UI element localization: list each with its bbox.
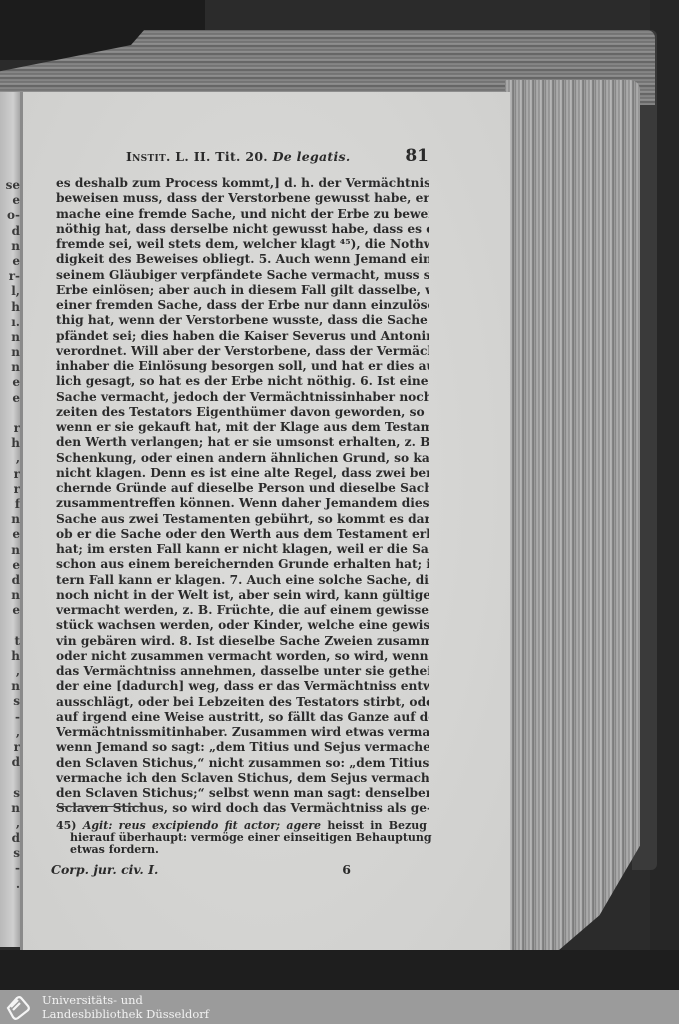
- body-line: den Werth verlangen; hat er sie umsonst …: [56, 435, 429, 450]
- footnote-rule: [56, 806, 144, 807]
- body-line: Sache vermacht, jedoch der Vermächtnissi…: [56, 390, 429, 405]
- body-line: wenn er sie gekauft hat, mit der Klage a…: [56, 420, 429, 435]
- body-line: lich gesagt, so hat es der Erbe nicht nö…: [56, 374, 429, 389]
- left-page-sliver: seeo-dner-l,hı.nnneerh,rrfnenedneth,ns-,…: [0, 92, 22, 947]
- body-line: seinem Gläubiger verpfändete Sache verma…: [56, 268, 429, 283]
- running-head-title: Instit. L. II. Tit. 20. De legatis.: [126, 149, 351, 164]
- body-line: Erbe einlösen; aber auch in diesem Fall …: [56, 283, 429, 298]
- left-page-fragment: r-: [6, 269, 20, 284]
- left-page-fragment: h: [6, 436, 20, 451]
- body-line: Vermächtnissmitinhaber. Zusammen wird et…: [56, 725, 429, 740]
- body-line: nicht klagen. Denn es ist eine alte Rege…: [56, 466, 429, 481]
- left-page-fragment: ,: [6, 664, 20, 679]
- left-page-fragment: n: [6, 345, 20, 360]
- running-head-prefix: Instit.: [126, 149, 171, 164]
- left-page-fragment: s: [6, 786, 20, 801]
- left-page-fragment: h: [6, 300, 20, 315]
- left-page-fragment: se: [6, 178, 20, 193]
- body-line: stück wachsen werden, oder Kinder, welch…: [56, 618, 429, 633]
- left-page-fragment: ,: [6, 816, 20, 831]
- body-line: beweisen muss, dass der Verstorbene gewu…: [56, 191, 429, 206]
- running-head-section: L. II. Tit. 20.: [175, 149, 268, 164]
- footnote-marker: 45): [56, 819, 77, 832]
- body-line: es deshalb zum Process kommt,] d. h. der…: [56, 176, 429, 191]
- left-page-fragment: e: [6, 193, 20, 208]
- body-line: verordnet. Will aber der Verstorbene, da…: [56, 344, 429, 359]
- branding-text: Universitäts- und Landesbibliothek Düsse…: [42, 993, 209, 1021]
- body-line: noch nicht in der Welt ist, aber sein wi…: [56, 588, 429, 603]
- body-line: ob er die Sache oder den Werth aus dem T…: [56, 527, 429, 542]
- body-line: Sclaven Stichus, so wird doch das Vermäc…: [56, 801, 429, 816]
- body-line: Sache aus zwei Testamenten gebührt, so k…: [56, 512, 429, 527]
- left-page-fragment: [6, 770, 20, 785]
- footnote-latin-quote: Agit: reus excipiendo fit actor; agere: [83, 819, 321, 832]
- running-head-italic-title: De legatis.: [273, 149, 351, 164]
- footnote-line-1-rest: heisst in Bezug: [327, 819, 427, 832]
- book-page: Instit. L. II. Tit. 20. De legatis. 81 e…: [23, 92, 510, 950]
- left-page-fragment: s: [6, 694, 20, 709]
- body-line: das Vermächtniss annehmen, dasselbe unte…: [56, 664, 429, 679]
- left-page-fragment: r: [6, 482, 20, 497]
- body-line: inhaber die Einlösung besorgen soll, und…: [56, 359, 429, 374]
- printer-signature: Corp. jur. civ. I. 6: [51, 862, 351, 877]
- body-line: den Sclaven Stichus;“ selbst wenn man sa…: [56, 786, 429, 801]
- left-page-fragment: r: [6, 740, 20, 755]
- body-line: nöthig hat, dass derselbe nicht gewusst …: [56, 222, 429, 237]
- left-page-fragment: d: [6, 224, 20, 239]
- body-text: es deshalb zum Process kommt,] d. h. der…: [56, 176, 429, 817]
- left-page-fragment: r: [6, 467, 20, 482]
- left-page-fragment: [6, 618, 20, 633]
- left-page-fragment: n: [6, 360, 20, 375]
- page-number: 81: [405, 146, 429, 166]
- body-line: der eine [dadurch] weg, dass er das Verm…: [56, 679, 429, 694]
- left-page-fragment: f: [6, 497, 20, 512]
- left-page-fragment: d: [6, 831, 20, 846]
- body-line: chernde Gründe auf dieselbe Person und d…: [56, 481, 429, 496]
- page-block-side-edges: [505, 80, 640, 950]
- body-line: pfändet sei; dies haben die Kaiser Sever…: [56, 329, 429, 344]
- body-line: vin gebären wird. 8. Ist dieselbe Sache …: [56, 634, 429, 649]
- body-line: zeiten des Testators Eigenthümer davon g…: [56, 405, 429, 420]
- body-line: thig hat, wenn der Verstorbene wusste, d…: [56, 313, 429, 328]
- signature-title: Corp. jur. civ. I.: [51, 862, 158, 877]
- left-page-fragment: e: [6, 603, 20, 618]
- body-line: mache eine fremde Sache, und nicht der E…: [56, 207, 429, 222]
- body-line: den Sclaven Stichus,“ nicht zusammen so:…: [56, 756, 429, 771]
- body-line: hat; im ersten Fall kann er nicht klagen…: [56, 542, 429, 557]
- left-page-fragment: d: [6, 755, 20, 770]
- background-bottom: [0, 950, 679, 990]
- body-line: vermache ich den Sclaven Stichus, dem Se…: [56, 771, 429, 786]
- left-page-fragment: n: [6, 543, 20, 558]
- left-page-text-fragments: seeo-dner-l,hı.nnneerh,rrfnenedneth,ns-,…: [6, 178, 20, 892]
- body-line: tern Fall kann er klagen. 7. Auch eine s…: [56, 573, 429, 588]
- body-line: digkeit des Beweises obliegt. 5. Auch we…: [56, 252, 429, 267]
- body-line: ausschlägt, oder bei Lebzeiten des Testa…: [56, 695, 429, 710]
- body-line: fremde sei, weil stets dem, welcher klag…: [56, 237, 429, 252]
- body-line: wenn Jemand so sagt: „dem Titius und Sej…: [56, 740, 429, 755]
- left-page-fragment: t: [6, 634, 20, 649]
- left-page-fragment: e: [6, 391, 20, 406]
- left-page-fragment: o-: [6, 208, 20, 223]
- branding-line-1: Universitäts- und: [42, 993, 209, 1007]
- left-page-fragment: n: [6, 330, 20, 345]
- footnote-line-3: etwas fordern.: [56, 844, 427, 856]
- body-line: auf irgend eine Weise austritt, so fällt…: [56, 710, 429, 725]
- left-page-fragment: .: [6, 877, 20, 892]
- left-page-fragment: -: [6, 710, 20, 725]
- left-page-fragment: [6, 406, 20, 421]
- left-page-fragment: n: [6, 512, 20, 527]
- body-line: zusammentreffen können. Wenn daher Jeman…: [56, 496, 429, 511]
- left-page-fragment: s: [6, 846, 20, 861]
- left-page-fragment: d: [6, 573, 20, 588]
- left-page-fragment: h: [6, 649, 20, 664]
- left-page-fragment: n: [6, 588, 20, 603]
- left-page-fragment: e: [6, 375, 20, 390]
- body-line: Schenkung, oder einen andern ähnlichen G…: [56, 451, 429, 466]
- left-page-fragment: n: [6, 239, 20, 254]
- left-page-fragment: r: [6, 421, 20, 436]
- body-line: einer fremden Sache, dass der Erbe nur d…: [56, 298, 429, 313]
- left-page-fragment: e: [6, 527, 20, 542]
- left-page-fragment: ,: [6, 451, 20, 466]
- signature-number: 6: [342, 862, 351, 877]
- left-page-fragment: n: [6, 679, 20, 694]
- footnote-45: 45) Agit: reus excipiendo fit actor; age…: [56, 820, 427, 857]
- body-line: vermacht werden, z. B. Früchte, die auf …: [56, 603, 429, 618]
- left-page-fragment: e: [6, 558, 20, 573]
- body-line: oder nicht zusammen vermacht worden, so …: [56, 649, 429, 664]
- left-page-fragment: e: [6, 254, 20, 269]
- left-page-fragment: l,: [6, 284, 20, 299]
- book-logo-icon: [4, 993, 32, 1021]
- left-page-fragment: -: [6, 861, 20, 876]
- branding-bar: Universitäts- und Landesbibliothek Düsse…: [0, 990, 679, 1024]
- left-page-fragment: ı.: [6, 315, 20, 330]
- running-head: Instit. L. II. Tit. 20. De legatis. 81: [126, 146, 429, 166]
- branding-line-2: Landesbibliothek Düsseldorf: [42, 1007, 209, 1021]
- left-page-fragment: ,: [6, 725, 20, 740]
- body-line: schon aus einem bereichernden Grunde erh…: [56, 557, 429, 572]
- left-page-fragment: n: [6, 801, 20, 816]
